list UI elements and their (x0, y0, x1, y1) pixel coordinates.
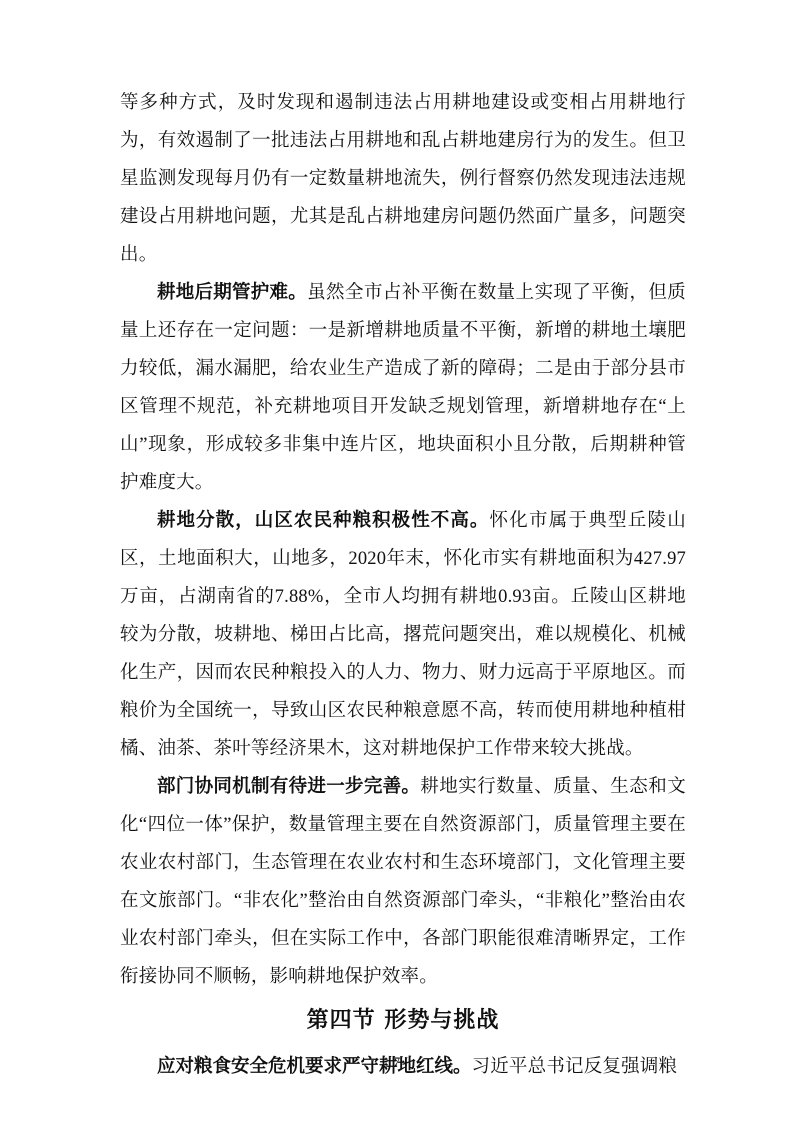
paragraph-management-difficulty: 耕地后期管护难。虽然全市占补平衡在数量上实现了平衡，但质量上还存在一定问题：一是… (120, 274, 686, 502)
page-content: 等多种方式，及时发现和遏制违法占用耕地建设或变相占用耕地行为，有效遏制了一批违法… (120, 84, 686, 1086)
paragraph-continuation: 等多种方式，及时发现和遏制违法占用耕地建设或变相占用耕地行为，有效遏制了一批违法… (120, 84, 686, 274)
paragraph-lead: 部门协同机制有待进一步完善。 (157, 776, 420, 797)
paragraph-lead: 耕地后期管护难。 (157, 282, 307, 303)
paragraph-text: 耕地实行数量、质量、生态和文化“四位一体”保护，数量管理主要在自然资源部门，质量… (120, 777, 686, 987)
page-footer: 7 (0, 1054, 793, 1072)
paragraph-scattered-farmland: 耕地分散，山区农民种粮积极性不高。怀化市属于典型丘陵山区，土地面积大，山地多，2… (120, 502, 686, 768)
paragraph-text: 虽然全市占补平衡在数量上实现了平衡，但质量上还存在一定问题：一是新增耕地质量不平… (120, 283, 686, 493)
paragraph-text: 等多种方式，及时发现和遏制违法占用耕地建设或变相占用耕地行为，有效遏制了一批违法… (120, 93, 686, 265)
section-heading: 第四节 形势与挑战 (120, 1001, 686, 1041)
paragraph-text: 怀化市属于典型丘陵山区，土地面积大，山地多，2020年末，怀化市实有耕地面积为4… (120, 511, 686, 759)
paragraph-department-coordination: 部门协同机制有待进一步完善。耕地实行数量、质量、生态和文化“四位一体”保护，数量… (120, 768, 686, 996)
page-number: 7 (393, 1055, 401, 1071)
paragraph-lead: 耕地分散，山区农民种粮积极性不高。 (157, 510, 489, 531)
document-page: 等多种方式，及时发现和遏制违法占用耕地建设或变相占用耕地行为，有效遏制了一批违法… (0, 0, 793, 1122)
